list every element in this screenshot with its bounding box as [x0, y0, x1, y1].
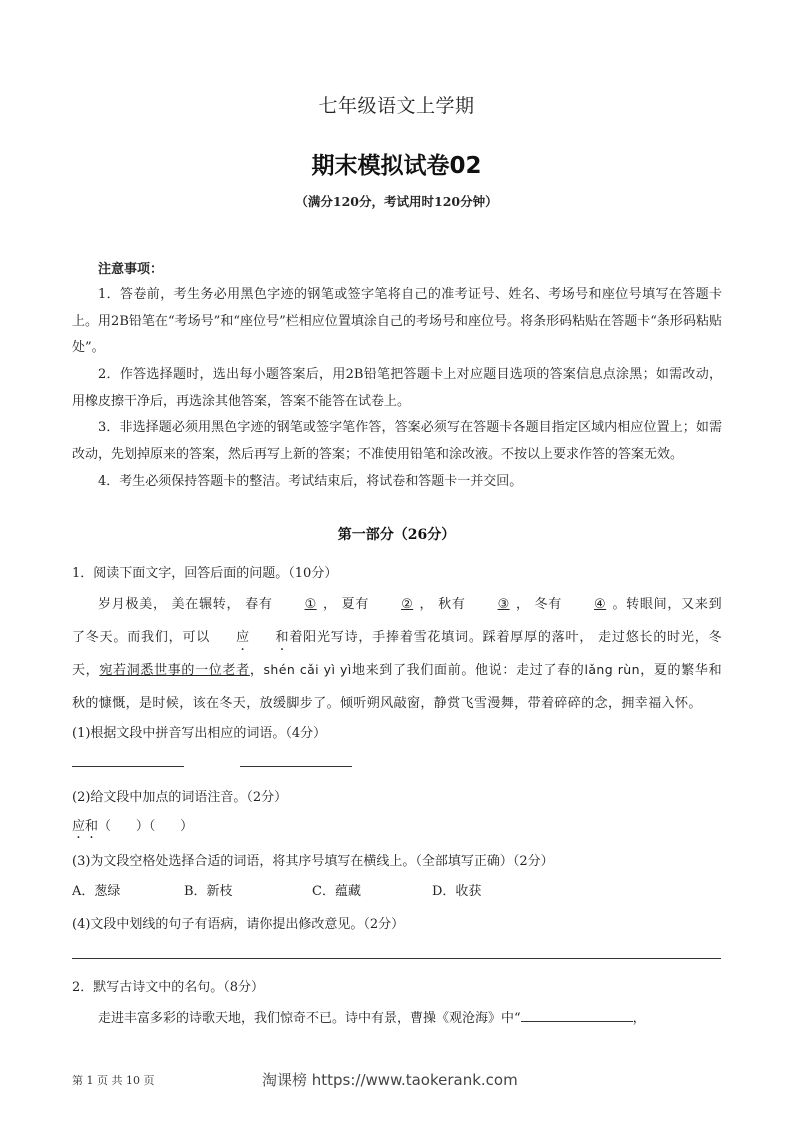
- exam-title: 期末模拟试卷02: [0, 147, 793, 180]
- passage-text: ， 夏有: [323, 597, 369, 612]
- blank-1: ①: [273, 589, 323, 622]
- page-number: 第 1 页 共 10 页: [72, 1072, 154, 1088]
- section-title: 第一部分（26分）: [0, 524, 793, 544]
- pinyin-2: lǎng rùn: [584, 662, 639, 677]
- watermark-site: 淘课榜 https://www.taokerank.com: [262, 1069, 518, 1090]
- answer-line[interactable]: [72, 766, 184, 767]
- passage-text: 岁月极美， 美在辗转， 春有: [98, 597, 273, 612]
- answer-line[interactable]: [240, 766, 352, 767]
- reading-passage: 岁月极美， 美在辗转， 春有①， 夏有②， 秋有③， 冬有④。转眼间，又来到了冬…: [72, 589, 722, 720]
- answer-line[interactable]: [72, 958, 721, 959]
- dotted-char: 应: [210, 622, 249, 655]
- blank-2: ②: [369, 589, 419, 622]
- notice-heading: 注意事项：: [98, 258, 163, 277]
- option-d: D．收获: [432, 880, 481, 899]
- options-row: A．葱绿B．新枝C．蕴藏D．收获: [72, 880, 722, 899]
- passage-text: 地来到了我们面前。他说：走过了春的: [352, 663, 585, 678]
- sub-question-1: (1)根据文段中拼音写出相应的词语。（4分）: [72, 722, 326, 741]
- option-a: A．葱绿: [72, 880, 184, 899]
- blank-4: ④: [562, 589, 612, 622]
- sub-question-3: (3)为文段空格处选择合适的词语，将其序号填写在横线上。（全部填写正确）（2分）: [72, 850, 554, 869]
- question-2-body: 走进丰富多彩的诗歌天地，我们惊奇不已。诗中有景，曹操《观沧海》中“: [98, 1011, 521, 1026]
- dotted-char: 和: [250, 622, 289, 655]
- exam-subtitle: 七年级语文上学期: [0, 91, 793, 118]
- blank-3: ③: [466, 589, 516, 622]
- sub-question-2: (2)给文段中加点的词语注音。（2分）: [72, 786, 287, 805]
- question-2-prompt: 2．默写古诗文中的名句。（8分）: [72, 976, 264, 995]
- sub-question-2-answer: 应和（ ）（ ）: [72, 815, 193, 834]
- passage-text: ， 秋有: [419, 597, 465, 612]
- notice-item-4: 4．考生必须保持答题卡的整洁。考试结束后，将试卷和答题卡一并交回。: [72, 469, 722, 496]
- option-b: B．新枝: [184, 880, 312, 899]
- sub-question-4: (4)文段中划线的句子有语病，请你提出修改意见。（2分）: [72, 913, 404, 932]
- notice-item-2: 2．作答选择题时，选出每小题答案后，用2B铅笔把答题卡上对应题目选项的答案信息点…: [72, 362, 722, 415]
- notice-item-1: 1．答卷前，考生务必用黑色字迹的钢笔或签字笔将自己的准考证号、姓名、考场号和座位…: [72, 282, 722, 362]
- passage-text: ， 冬有: [516, 597, 562, 612]
- dotted-char: 和: [85, 815, 98, 834]
- question-2-text: 走进丰富多彩的诗歌天地，我们惊奇不已。诗中有景，曹操《观沧海》中“，: [98, 1007, 723, 1026]
- option-c: C．蕴藏: [312, 880, 432, 899]
- dotted-char: 应: [72, 815, 85, 834]
- notice-item-3: 3．非选择题必须用黑色字迹的钢笔或签字笔作答，答案必须写在答题卡各题目指定区域内…: [72, 415, 722, 468]
- question-1-prompt: 1．阅读下面文字，回答后面的问题。（10分）: [72, 562, 337, 581]
- question-2-tail: ，: [633, 1011, 646, 1026]
- exam-meta: （满分120分，考试用时120分钟）: [0, 192, 793, 210]
- pinyin-brackets[interactable]: （ ）（ ）: [98, 819, 193, 834]
- answer-line[interactable]: [521, 1009, 633, 1022]
